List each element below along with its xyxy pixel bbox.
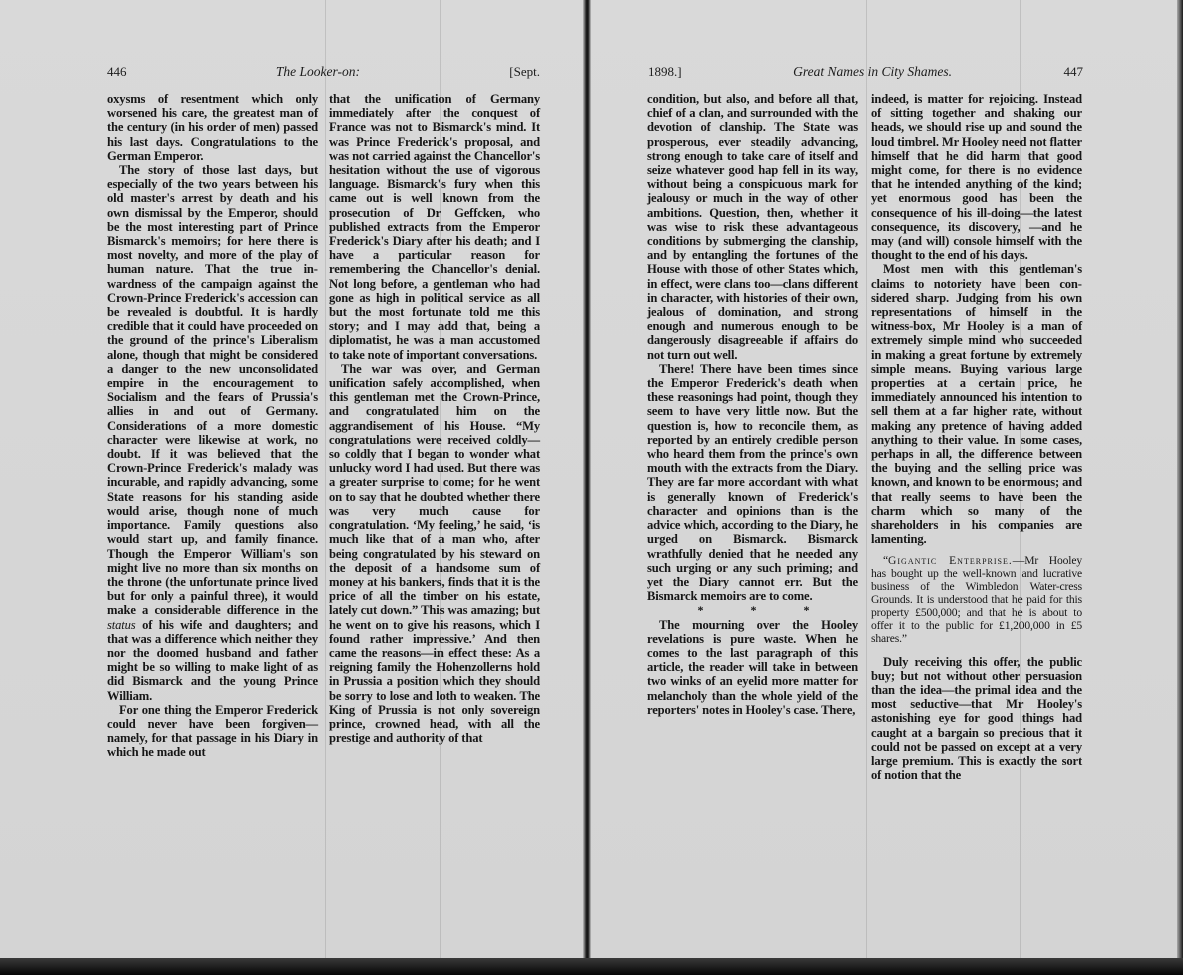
running-title: Great Names in City Shames. (793, 64, 952, 80)
book-gutter (583, 0, 591, 975)
paragraph: There! There have been times since the E… (647, 362, 858, 603)
right-column-2: indeed, is matter for rejoicing. Instead… (871, 92, 1082, 782)
page-edge (1177, 0, 1183, 975)
running-date: [Sept. (509, 64, 540, 80)
paragraph: that the unification of Germany immediat… (329, 92, 540, 362)
italic-emphasis: status (107, 618, 136, 632)
paragraph: The mourning over the Hooley revelations… (647, 618, 858, 717)
right-page: 1898.] Great Names in City Shames. 447 c… (590, 0, 1178, 963)
page-number: 447 (1064, 64, 1084, 80)
left-running-head: 446 The Looker-on: [Sept. (107, 64, 540, 84)
paragraph: Most men with this gentleman's claims to… (871, 262, 1082, 546)
running-date: 1898.] (648, 64, 682, 80)
paragraph: oxysms of resentment which only worsened… (107, 92, 318, 163)
quoted-advertisement: “Gigantic Enterprise.—Mr Hooley has boug… (871, 554, 1082, 645)
page-bottom-shadow (0, 958, 1183, 975)
left-page: 446 The Looker-on: [Sept. oxysms of rese… (0, 0, 584, 963)
quote-heading: Gigantic Enterprise. (888, 554, 1013, 567)
paragraph: indeed, is matter for rejoicing. Instead… (871, 92, 1082, 262)
paragraph: Duly receiving this offer, the public bu… (871, 655, 1082, 783)
section-separator: * * * (647, 603, 858, 617)
running-title: The Looker-on: (276, 64, 360, 80)
paragraph: The story of those last days, but especi… (107, 163, 318, 703)
quote-body: —Mr Hooley has bought up the well-known … (871, 554, 1082, 645)
paragraph: For one thing the Emperor Frederick coul… (107, 703, 318, 760)
left-column-1: oxysms of resentment which only worsened… (107, 92, 318, 760)
column-rule (866, 0, 867, 960)
page-number: 446 (107, 64, 127, 80)
right-column-1: condition, but also, and before all that… (647, 92, 858, 717)
paragraph: condition, but also, and before all that… (647, 92, 858, 362)
column-rule (325, 0, 326, 960)
book-spread: 446 The Looker-on: [Sept. oxysms of rese… (0, 0, 1183, 963)
paragraph: The war was over, and German unification… (329, 362, 540, 745)
left-column-2: that the unification of Germany immediat… (329, 92, 540, 745)
right-running-head: 1898.] Great Names in City Shames. 447 (648, 64, 1083, 84)
